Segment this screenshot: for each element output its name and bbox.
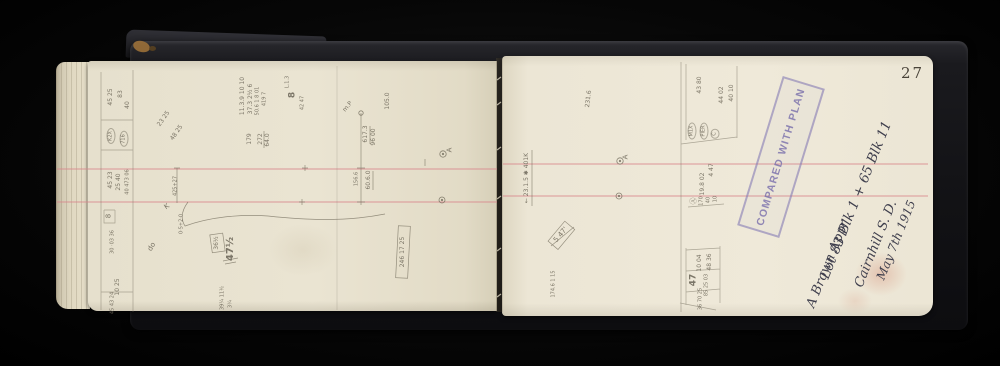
pencil-annotation: L.1.3 [286, 76, 291, 88]
pencil-annotation: 174.6 1 15 [552, 270, 557, 297]
pencil-annotation: 8 [289, 92, 298, 98]
pencil-annotation: 25 40 [116, 173, 122, 190]
pencil-annotation: 419 7 [263, 92, 268, 106]
pencil-annotation: 37.3 2½ 6 [248, 84, 254, 115]
pencil-annotation: Ⓐ [691, 198, 698, 205]
pencil-annotation: 40 473 06 [126, 169, 131, 194]
pencil-annotation: 716 [120, 131, 129, 147]
photo-background: 45 25 83 40 K2X 716 45 23 25 40 40 473 0… [0, 0, 1000, 366]
pencil-annotation: 156.6 [355, 172, 360, 186]
pencil-annotation: 96 00 [371, 128, 377, 145]
pencil-annotation: 425+27 [174, 176, 179, 196]
pencil-annotation: 47 [690, 274, 699, 287]
pencil-annotation: 3¼ [229, 300, 234, 308]
pencil-annotation: 64.0 [265, 133, 271, 146]
pencil-annotation: 246 17 25 [400, 237, 406, 268]
spine-groove [496, 58, 503, 312]
pencil-annotation: 19.8 02 [700, 173, 706, 196]
page-number: 27 [901, 64, 924, 82]
pencil-annotation: 44 02 [719, 86, 725, 103]
pencil-annotation: 10 25 [115, 278, 121, 295]
pencil-annotation: 30 ·03 36 [111, 230, 116, 254]
pencil-annotation: 36½ [214, 236, 220, 249]
pencil-annotation: 10 [714, 196, 719, 202]
pencil-annotation: 10 04 [697, 254, 703, 271]
pencil-annotation: M1X [688, 123, 697, 140]
pencil-annotation: C [711, 129, 720, 139]
pencil-annotation: 85 25 03 [705, 274, 710, 296]
pencil-annotation: 105.0 [385, 92, 391, 109]
pencil-annotation: ← 23.1.5 ✱ 401K [524, 153, 530, 203]
pencil-annotation: 60.6.0 [366, 170, 372, 189]
pencil-annotation: A [623, 155, 630, 160]
pencil-annotation: 45 43 24 [111, 292, 116, 314]
pencil-annotation: 40 [707, 197, 712, 203]
pencil-annotation: 0·5+2·0 [180, 214, 185, 234]
pencil-annotation: 45 25 [108, 88, 114, 105]
pencil-annotation: 42 47 [301, 96, 306, 110]
pencil-annotation: 36 70 25 [699, 288, 704, 310]
pencil-annotation: 170 [700, 196, 705, 206]
pencil-annotation: 11.3.9 10 10 [240, 77, 246, 115]
pencil-annotation: 179 [247, 133, 253, 144]
pencil-annotation: 8 [106, 214, 113, 218]
pencil-annotation: 40 [125, 101, 131, 109]
page-edge-stack [56, 62, 90, 309]
pencil-annotation: 39¼ 11½ [221, 286, 226, 310]
pencil-annotation: 47½ [226, 237, 236, 261]
pencil-annotation: 50.6 1 8 01 [256, 87, 261, 116]
tan-smudge [268, 224, 338, 276]
pencil-annotation: 48 36 [707, 253, 713, 270]
pencil-annotation: 43 80 [697, 76, 703, 93]
pencil-annotation: K2X [107, 128, 116, 144]
pencil-annotation: PIER [700, 122, 709, 139]
pencil-annotation: 4 47 [709, 163, 715, 176]
cover-worn-spot-small [149, 46, 156, 51]
pencil-annotation: 617.3 [363, 125, 369, 142]
pencil-annotation: 45 23 [108, 171, 114, 188]
pencil-annotation: 40 10 [729, 84, 735, 101]
pink-stain-small [838, 288, 872, 314]
pencil-annotation: 83 [118, 90, 124, 98]
pencil-annotation: A [447, 148, 454, 153]
